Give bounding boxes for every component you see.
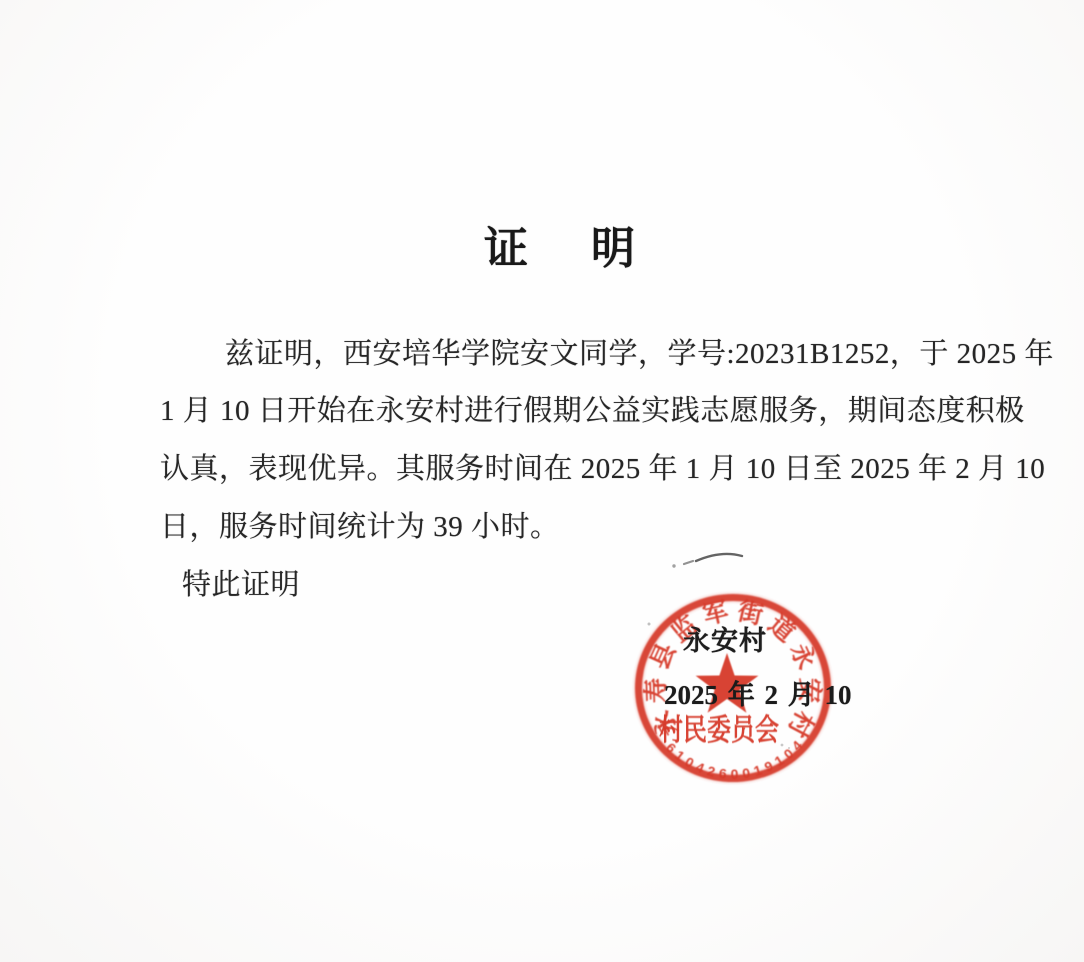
body-line-1: 兹证明，西安培华学院安文同学，学号:20231B1252，于 2025 年	[225, 340, 1054, 369]
document-title: 证 明	[36, 212, 1084, 276]
body-line-4: 日，服务时间统计为 39 小时。	[160, 513, 560, 542]
certificate-document: 证 明 兹证明，西安培华学院安文同学，学号:20231B1252，于 2025 …	[0, 0, 1084, 962]
signature-village-name: 永安村	[683, 628, 767, 655]
closing-statement: 特此证明	[182, 571, 300, 600]
signature-date: 2025 年 2 月 10	[664, 682, 852, 709]
body-line-2: 1 月 10 日开始在永安村进行假期公益实践志愿服务，期间态度积极	[160, 397, 1025, 426]
body-line-3: 认真，表现优异。其服务时间在 2025 年 1 月 10 日至 2025 年 2…	[160, 455, 1045, 484]
